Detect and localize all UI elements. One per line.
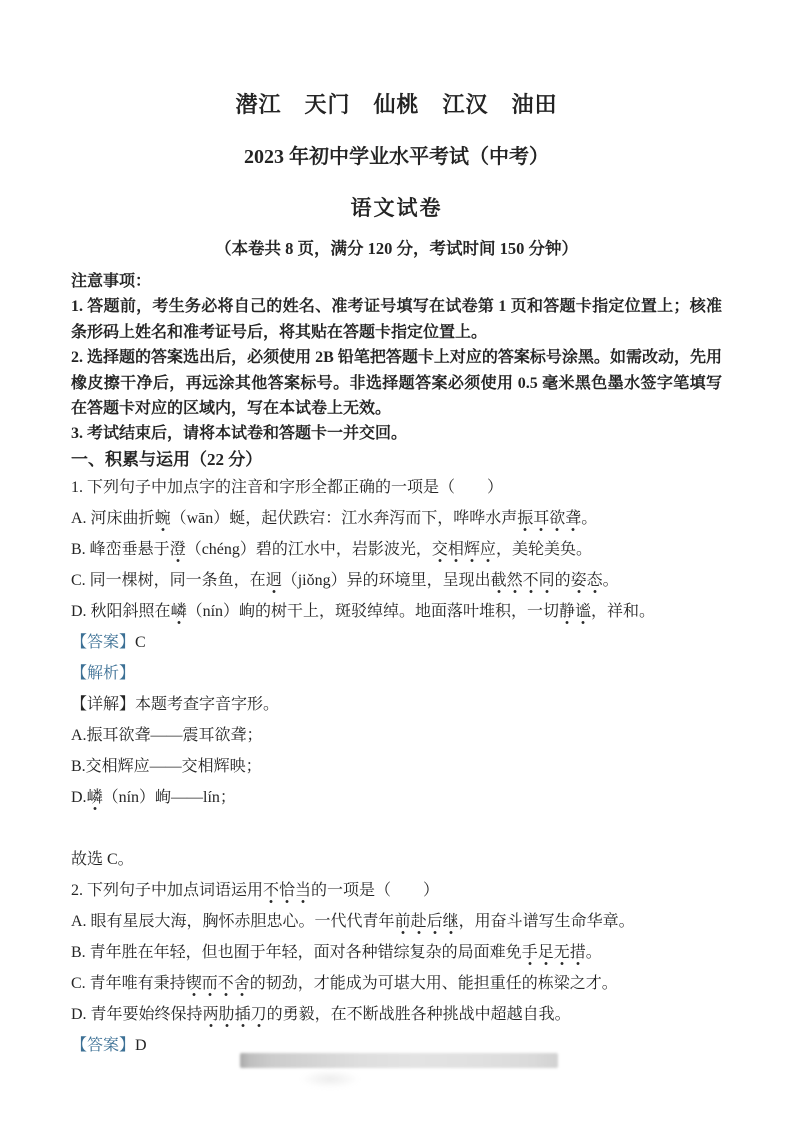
text-segment: （wān）蜒，起伏跌宕：江水奔泻而下，哗哗水声	[171, 510, 518, 527]
text-segment: C. 青年唯有秉持	[71, 975, 186, 992]
text-segment: D.	[71, 789, 87, 806]
blank-line	[71, 813, 722, 844]
text-segment: （jiǒng）异的环境里，呈现出	[282, 572, 491, 589]
section-1-title: 一、积累与运用（22 分）	[71, 447, 722, 472]
question-1-stem: 1. 下列句子中加点字的注音和字形全都正确的一项是（ ）	[71, 472, 722, 503]
emphasized-text: 静谧	[559, 603, 591, 625]
notice-item-1-line-1: 1. 答题前，考生务必将自己的姓名、准考证号填写在试卷第 1 页和答题卡指定位置…	[71, 294, 722, 319]
region-title: 潜江 天门 仙桃 江汉 油田	[71, 88, 722, 119]
detail-text: 本题考查字音字形。	[135, 696, 279, 713]
emphasized-text: 前赴后继	[395, 913, 459, 935]
exam-paper-page: 潜江 天门 仙桃 江汉 油田 2023 年初中学业水平考试（中考） 语文试卷 （…	[0, 0, 793, 1122]
emphasized-text: 两肋插刀	[203, 1006, 267, 1028]
analysis-line-a: A.振耳欲聋——震耳欲聋；	[71, 720, 722, 751]
question-2-stem: 2. 下列句子中加点词语运用不恰当的一项是（ ）	[71, 875, 722, 906]
question-1-option-a: A. 河床曲折蜿（wān）蜒，起伏跌宕：江水奔泻而下，哗哗水声振耳欲聋。	[71, 503, 722, 534]
answer-label: 【答案】	[71, 634, 135, 651]
text-segment: D. 青年要始终保持	[71, 1006, 203, 1023]
emphasized-text: 交相辉应	[432, 541, 496, 563]
analysis-label: 【解析】	[71, 665, 135, 682]
question-1-answer-value: C	[135, 634, 146, 651]
notice-section: 注意事项： 1. 答题前，考生务必将自己的姓名、准考证号填写在试卷第 1 页和答…	[71, 269, 722, 447]
text-segment: A. 河床曲折	[71, 510, 155, 527]
text-segment: 的勇毅，在不断战胜各种挑战中超越自我。	[267, 1006, 571, 1023]
text-segment: B. 青年胜在年轻，但也囿于年轻，面对各种错综复杂的局面难免	[71, 944, 522, 961]
detail-label: 【详解】	[71, 696, 135, 713]
emphasized-text: 迥	[266, 572, 282, 594]
emphasized-text: 澄	[170, 541, 186, 563]
notice-item-2-line-1: 2. 选择题的答案选出后，必须使用 2B 铅笔把答题卡上对应的答案标号涂黑。如需…	[71, 345, 722, 370]
text-segment: 。	[603, 572, 619, 589]
question-2-option-a: A. 眼有星辰大海，胸怀赤胆忠心。一代代青年前赴后继，用奋斗谱写生命华章。	[71, 906, 722, 937]
text-segment: （nín）峋——lín；	[103, 789, 236, 806]
emphasized-text: 手足无措	[522, 944, 586, 966]
text-segment: （nín）峋的树干上，斑驳绰绰。地面落叶堆积，一切	[187, 603, 559, 620]
text-segment: 2. 下列句子中加点词语运用	[71, 882, 263, 899]
text-segment: ，美轮美奂。	[496, 541, 592, 558]
emphasized-text: 姿态	[571, 572, 603, 594]
text-segment: 的	[555, 572, 571, 589]
text-segment: B. 峰峦垂悬于	[71, 541, 170, 558]
question-1-option-c: C. 同一棵树，同一条鱼，在迥（jiǒng）异的环境里，呈现出截然不同的姿态。	[71, 565, 722, 596]
analysis-line-b: B.交相辉应——交相辉映；	[71, 751, 722, 782]
emphasized-text: 嶙	[87, 789, 103, 811]
emphasized-text: 蜿	[155, 510, 171, 532]
emphasized-text: 锲而不舍	[186, 975, 250, 997]
notice-item-2-line-2: 橡皮擦干净后，再远涂其他答案标号。非选择题答案必须使用 0.5 毫米黑色墨水签字…	[71, 371, 722, 396]
text-segment: 的一项是（ ）	[311, 882, 439, 899]
text-segment: ，祥和。	[591, 603, 655, 620]
text-segment: A. 眼有星辰大海，胸怀赤胆忠心。一代代青年	[71, 913, 395, 930]
subject-title: 语文试卷	[71, 192, 722, 222]
notice-item-1-line-2: 条形码上姓名和准考证号后，将其贴在答题卡指定位置上。	[71, 320, 722, 345]
text-segment: C. 同一棵树，同一条鱼，在	[71, 572, 266, 589]
text-segment: 。	[586, 944, 602, 961]
watermark-smudge	[300, 1070, 360, 1088]
notice-item-3: 3. 考试结束后，请将本试卷和答题卡一并交回。	[71, 421, 722, 446]
emphasized-text: 截然不同	[491, 572, 555, 594]
analysis-line-d: D.嶙（nín）峋——lín；	[71, 782, 722, 813]
answer-label: 【答案】	[71, 1037, 135, 1054]
question-2-option-b: B. 青年胜在年轻，但也囿于年轻，面对各种错综复杂的局面难免手足无措。	[71, 937, 722, 968]
text-segment: ，用奋斗谱写生命华章。	[459, 913, 635, 930]
text-segment: 的韧劲，才能成为可堪大用、能担重任的栋梁之才。	[250, 975, 618, 992]
emphasized-text: 振耳欲聋	[517, 510, 581, 532]
emphasized-text: 不恰当	[263, 882, 311, 904]
question-1-option-d: D. 秋阳斜照在嶙（nín）峋的树干上，斑驳绰绰。地面落叶堆积，一切静谧，祥和。	[71, 596, 722, 627]
exam-title: 2023 年初中学业水平考试（中考）	[71, 140, 722, 169]
text-segment: D. 秋阳斜照在	[71, 603, 171, 620]
text-segment: B.交相辉应——交相辉映；	[71, 758, 262, 775]
emphasized-text: 嶙	[171, 603, 187, 625]
notice-title: 注意事项：	[71, 269, 722, 294]
text-segment: A.振耳欲聋——震耳欲聋；	[71, 727, 263, 744]
watermark-blur-bar	[240, 1053, 558, 1068]
exam-meta-line: （本卷共 8 页，满分 120 分，考试时间 150 分钟）	[71, 235, 722, 259]
question-2-option-c: C. 青年唯有秉持锲而不舍的韧劲，才能成为可堪大用、能担重任的栋梁之才。	[71, 968, 722, 999]
text-segment: 。	[581, 510, 597, 527]
question-1-analysis-row: 【解析】	[71, 658, 722, 689]
analysis-conclusion: 故选 C。	[71, 844, 722, 875]
question-2-option-d: D. 青年要始终保持两肋插刀的勇毅，在不断战胜各种挑战中超越自我。	[71, 999, 722, 1030]
question-1-detail-row: 【详解】本题考查字音字形。	[71, 689, 722, 720]
notice-item-2-line-3: 在答题卡对应的区域内，写在本试卷上无效。	[71, 396, 722, 421]
text-segment: （chéng）碧的江水中，岩影波光，	[186, 541, 432, 558]
question-1-option-b: B. 峰峦垂悬于澄（chéng）碧的江水中，岩影波光，交相辉应，美轮美奂。	[71, 534, 722, 565]
page-content: 潜江 天门 仙桃 江汉 油田 2023 年初中学业水平考试（中考） 语文试卷 （…	[0, 88, 793, 1061]
question-1-answer-row: 【答案】C	[71, 627, 722, 658]
question-2-answer-value: D	[135, 1037, 147, 1054]
